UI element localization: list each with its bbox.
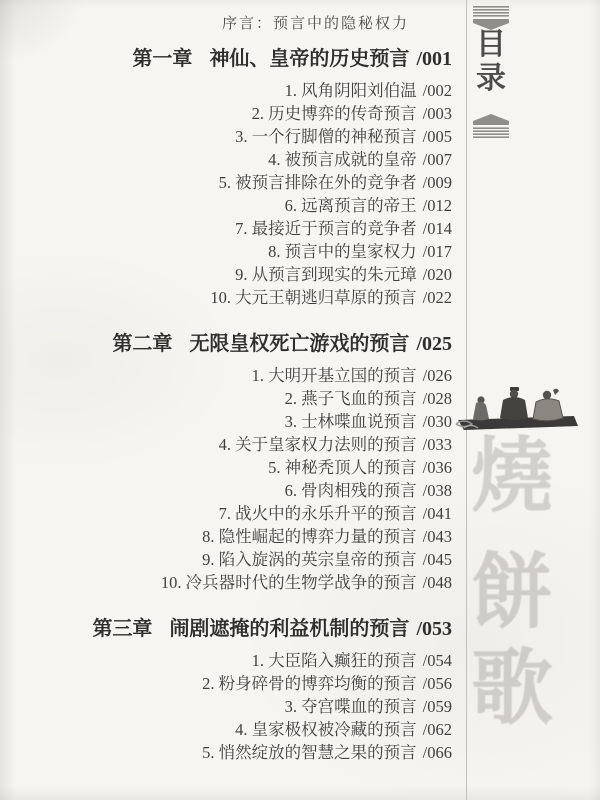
toc-item-page-number: /026 bbox=[423, 366, 452, 385]
toc-item-page-number: /002 bbox=[423, 81, 452, 100]
toc-item: 1. 风角阴阳刘伯温/002 bbox=[0, 79, 452, 102]
toc-item: 4. 关于皇家权力法则的预言/033 bbox=[0, 433, 452, 456]
scroll-ornament-bottom-icon bbox=[473, 112, 509, 138]
toc-item-text: 4. 关于皇家权力法则的预言 bbox=[219, 435, 417, 454]
toc-item-page-number: /059 bbox=[423, 697, 452, 716]
scanned-book-page: 序言：预言中的隐秘权力 第一章神仙、皇帝的历史预言/0011. 风角阴阳刘伯温/… bbox=[0, 0, 600, 800]
contents-title-char: 目 bbox=[467, 28, 515, 62]
toc-item: 2. 历史博弈的传奇预言/003 bbox=[0, 102, 452, 125]
toc-item-page-number: /014 bbox=[423, 219, 452, 238]
toc-item-text: 10. 大元王朝逃归草原的预言 bbox=[210, 288, 416, 307]
toc-item: 2. 燕子飞血的预言/028 bbox=[0, 387, 452, 410]
toc-item-page-number: /020 bbox=[423, 265, 452, 284]
toc-item: 1. 大臣陷入癫狂的预言/054 bbox=[0, 649, 452, 672]
toc-item-text: 10. 冷兵器时代的生物学战争的预言 bbox=[161, 573, 417, 592]
toc-item: 2. 粉身碎骨的博弈均衡的预言/056 bbox=[0, 672, 452, 695]
toc-item: 7. 战火中的永乐升平的预言/041 bbox=[0, 502, 452, 525]
toc-item-text: 9. 陷入旋涡的英宗皇帝的预言 bbox=[202, 550, 417, 569]
toc-item: 6. 远离预言的帝王/012 bbox=[0, 194, 452, 217]
toc-item: 4. 被预言成就的皇帝/007 bbox=[0, 148, 452, 171]
toc-item-text: 2. 粉身碎骨的博弈均衡的预言 bbox=[202, 674, 417, 693]
toc-chapter: 第二章无限皇权死亡游戏的预言/0251. 大明开基立国的预言/0262. 燕子飞… bbox=[0, 329, 452, 594]
chapter-title: 神仙、皇帝的历史预言 bbox=[209, 48, 409, 70]
toc-item-page-number: /022 bbox=[423, 288, 452, 307]
toc-item: 9. 从预言到现实的朱元璋/020 bbox=[0, 263, 452, 286]
toc-item-page-number: /005 bbox=[423, 127, 452, 146]
chapter-title: 闹剧遮掩的利益机制的预言 bbox=[169, 618, 409, 640]
toc-item-text: 8. 预言中的皇家权力 bbox=[268, 242, 417, 261]
toc-item: 8. 隐性崛起的博弈力量的预言/043 bbox=[0, 525, 452, 548]
toc-item: 9. 陷入旋涡的英宗皇帝的预言/045 bbox=[0, 548, 452, 571]
toc-item-text: 2. 历史博弈的传奇预言 bbox=[252, 104, 417, 123]
watermark-title: 燒 餅 歌 bbox=[467, 432, 557, 734]
toc-item: 5. 悄然绽放的智慧之果的预言/066 bbox=[0, 741, 452, 764]
toc-item-text: 5. 悄然绽放的智慧之果的预言 bbox=[202, 743, 417, 762]
toc-item-text: 6. 远离预言的帝王 bbox=[285, 196, 417, 215]
contents-title: 目 录 bbox=[467, 28, 515, 96]
toc-item: 5. 神秘秃顶人的预言/036 bbox=[0, 456, 452, 479]
chapter-heading: 第一章神仙、皇帝的历史预言/001 bbox=[0, 44, 452, 74]
chapter-page-number: /001 bbox=[416, 48, 452, 70]
toc-item: 4. 皇家极权被冷藏的预言/062 bbox=[0, 718, 452, 741]
sidebar: 目 录 bbox=[467, 0, 600, 800]
toc-item-page-number: /007 bbox=[423, 150, 452, 169]
toc-item-text: 4. 被预言成就的皇帝 bbox=[268, 150, 417, 169]
toc-chapter: 第三章闹剧遮掩的利益机制的预言/0531. 大臣陷入癫狂的预言/0542. 粉身… bbox=[0, 614, 452, 764]
toc-item: 10. 冷兵器时代的生物学战争的预言/048 bbox=[0, 571, 452, 594]
running-header: 序言：预言中的隐秘权力 bbox=[222, 12, 409, 33]
toc-item: 6. 骨肉相残的预言/038 bbox=[0, 479, 452, 502]
toc-item-text: 3. 一个行脚僧的神秘预言 bbox=[235, 127, 417, 146]
toc-item: 8. 预言中的皇家权力/017 bbox=[0, 240, 452, 263]
chapter-label: 第一章 bbox=[132, 48, 192, 70]
toc-item-page-number: /009 bbox=[423, 173, 452, 192]
toc-item-page-number: /036 bbox=[423, 458, 452, 477]
toc-item-page-number: /030 bbox=[423, 412, 452, 431]
chapter-title: 无限皇权死亡游戏的预言 bbox=[189, 333, 409, 355]
toc-item-text: 5. 神秘秃顶人的预言 bbox=[268, 458, 417, 477]
toc-item: 5. 被预言排除在外的竞争者/009 bbox=[0, 171, 452, 194]
toc-item-page-number: /056 bbox=[423, 674, 452, 693]
toc-item-page-number: /066 bbox=[423, 743, 452, 762]
toc-item-text: 9. 从预言到现实的朱元璋 bbox=[235, 265, 417, 284]
chapter-heading: 第二章无限皇权死亡游戏的预言/025 bbox=[0, 329, 452, 359]
toc-item-text: 1. 大臣陷入癫狂的预言 bbox=[252, 651, 417, 670]
toc-item-text: 4. 皇家极权被冷藏的预言 bbox=[235, 720, 417, 739]
toc-item-page-number: /041 bbox=[423, 504, 452, 523]
toc-item-page-number: /033 bbox=[423, 435, 452, 454]
toc-chapter: 第一章神仙、皇帝的历史预言/0011. 风角阴阳刘伯温/0022. 历史博弈的传… bbox=[0, 44, 452, 309]
toc-item: 3. 夺宫喋血的预言/059 bbox=[0, 695, 452, 718]
toc-item-page-number: /012 bbox=[423, 196, 452, 215]
toc-item-page-number: /038 bbox=[423, 481, 452, 500]
toc-item-page-number: /003 bbox=[423, 104, 452, 123]
toc-item-text: 2. 燕子飞血的预言 bbox=[285, 389, 417, 408]
table-of-contents: 第一章神仙、皇帝的历史预言/0011. 风角阴阳刘伯温/0022. 历史博弈的传… bbox=[0, 36, 452, 764]
toc-item-page-number: /062 bbox=[423, 720, 452, 739]
toc-item-text: 8. 隐性崛起的博弈力量的预言 bbox=[202, 527, 417, 546]
toc-item-text: 6. 骨肉相残的预言 bbox=[285, 481, 417, 500]
toc-item: 1. 大明开基立国的预言/026 bbox=[0, 364, 452, 387]
toc-item-page-number: /028 bbox=[423, 389, 452, 408]
toc-item-text: 7. 战火中的永乐升平的预言 bbox=[219, 504, 417, 523]
toc-item-text: 5. 被预言排除在外的竞争者 bbox=[219, 173, 417, 192]
toc-item-text: 7. 最接近于预言的竞争者 bbox=[235, 219, 417, 238]
toc-item: 3. 一个行脚僧的神秘预言/005 bbox=[0, 125, 452, 148]
toc-item: 3. 士林喋血说预言/030 bbox=[0, 410, 452, 433]
toc-item-page-number: /043 bbox=[423, 527, 452, 546]
toc-item: 10. 大元王朝逃归草原的预言/022 bbox=[0, 286, 452, 309]
toc-item-page-number: /054 bbox=[423, 651, 452, 670]
toc-item-page-number: /017 bbox=[423, 242, 452, 261]
watermark-char: 燒 bbox=[467, 432, 557, 522]
contents-title-char: 录 bbox=[467, 62, 515, 96]
toc-item-text: 3. 夺宫喋血的预言 bbox=[285, 697, 417, 716]
chapter-label: 第三章 bbox=[92, 618, 152, 640]
chapter-page-number: /025 bbox=[416, 333, 452, 355]
chapter-heading: 第三章闹剧遮掩的利益机制的预言/053 bbox=[0, 614, 452, 644]
toc-item-text: 3. 士林喋血说预言 bbox=[285, 412, 417, 431]
chapter-label: 第二章 bbox=[112, 333, 172, 355]
chapter-page-number: /053 bbox=[416, 618, 452, 640]
toc-item-text: 1. 大明开基立国的预言 bbox=[252, 366, 417, 385]
seated-figures-illustration bbox=[450, 380, 582, 436]
watermark-char: 歌 bbox=[467, 644, 557, 734]
watermark-char: 餅 bbox=[467, 548, 557, 638]
toc-item-page-number: /045 bbox=[423, 550, 452, 569]
toc-item: 7. 最接近于预言的竞争者/014 bbox=[0, 217, 452, 240]
toc-item-page-number: /048 bbox=[423, 573, 452, 592]
toc-item-text: 1. 风角阴阳刘伯温 bbox=[285, 81, 417, 100]
